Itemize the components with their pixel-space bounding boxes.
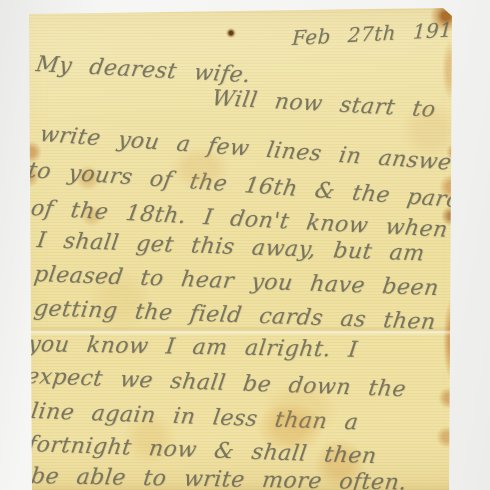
letter-line: line again in less than a <box>29 399 360 435</box>
letter-line: getting the field cards as then <box>32 296 437 335</box>
letter-date: Feb 27th 1917 <box>291 17 466 50</box>
letter-salutation: My dearest wife. <box>34 52 252 88</box>
handwriting-layer: Feb 27th 1917 My dearest wife. Will now … <box>0 0 490 490</box>
letter-paper: Feb 27th 1917 My dearest wife. Will now … <box>0 0 490 490</box>
letter-line: expect we shall be down the <box>24 364 407 402</box>
letter-line: you know I am alright. I <box>26 332 359 363</box>
letter-line: pleased to hear you have been <box>32 262 440 301</box>
letter-line: Will now start to <box>210 86 437 123</box>
letter-line: fortnight now & shall then <box>26 432 378 469</box>
letter-photo: Feb 27th 1917 My dearest wife. Will now … <box>0 0 490 490</box>
